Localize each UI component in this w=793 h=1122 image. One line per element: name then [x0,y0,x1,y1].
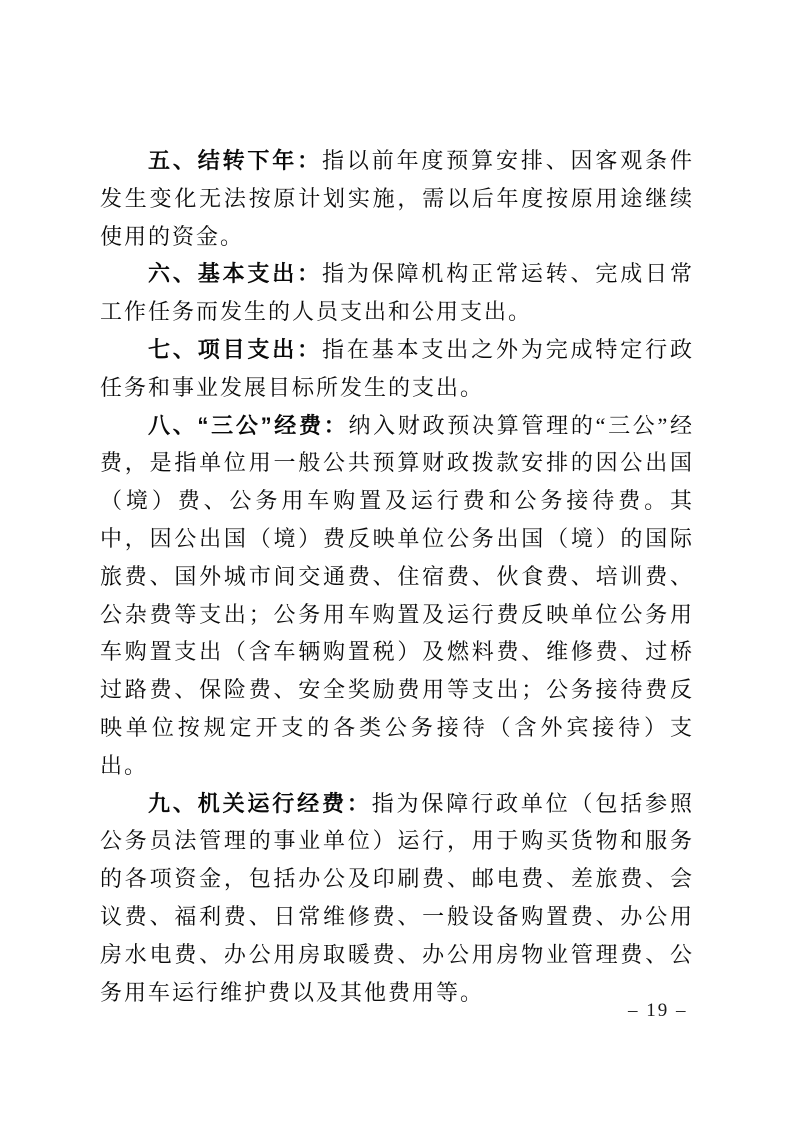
paragraph-project-expenditure: 七、项目支出：指在基本支出之外为完成特定行政任务和事业发展目标所发生的支出。 [100,331,694,407]
paragraph-heading: 五、结转下年： [148,148,322,173]
paragraph-basic-expenditure: 六、基本支出：指为保障机构正常运转、完成日常工作任务而发生的人员支出和公用支出。 [100,255,694,331]
paragraph-text: 指为保障行政单位（包括参照公务员法管理的事业单位）运行，用于购买货物和服务的各项… [100,791,694,1005]
document-page: 五、结转下年：指以前年度预算安排、因客观条件发生变化无法按原计划实施，需以后年度… [0,0,793,1122]
paragraph-heading: 七、项目支出： [148,337,322,362]
document-body: 五、结转下年：指以前年度预算安排、因客观条件发生变化无法按原计划实施，需以后年度… [100,142,694,1011]
paragraph-agency-operating-funds: 九、机关运行经费：指为保障行政单位（包括参照公务员法管理的事业单位）运行，用于购… [100,785,694,1012]
paragraph-heading: 八、“三公”经费： [148,413,348,438]
paragraph-carryover-funds: 五、结转下年：指以前年度预算安排、因客观条件发生变化无法按原计划实施，需以后年度… [100,142,694,255]
paragraph-heading: 六、基本支出： [148,261,322,286]
paragraph-three-public-funds: 八、“三公”经费：纳入财政预决算管理的“三公”经费，是指单位用一般公共预算财政拨… [100,407,694,785]
paragraph-text: 纳入财政预决算管理的“三公”经费，是指单位用一般公共预算财政拨款安排的因公出国（… [100,413,694,778]
page-number: – 19 – [628,1000,688,1022]
paragraph-heading: 九、机关运行经费： [148,791,372,816]
